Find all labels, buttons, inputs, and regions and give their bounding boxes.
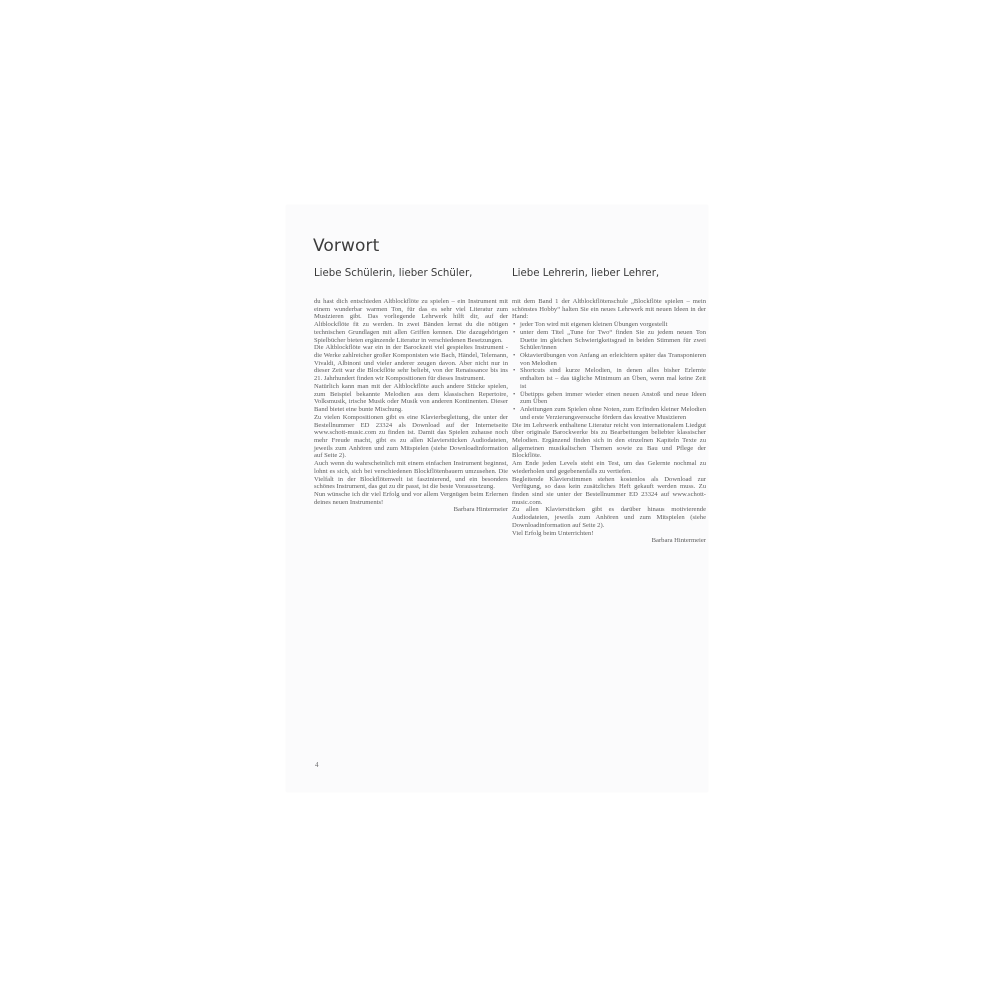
bullet-icon: •: [513, 329, 515, 337]
list-item: •Oktavierübungen von Anfang an erleichte…: [512, 352, 706, 367]
paragraph: du hast dich entschieden Altblockflöte z…: [314, 298, 508, 344]
signature: Barbara Hintermeier: [512, 537, 706, 545]
document-page: Vorwort Liebe Schülerin, lieber Schüler,…: [286, 205, 708, 792]
paragraph: Natürlich kann man mit der Altblockflöte…: [314, 383, 508, 414]
feature-list: •jeder Ton wird mit eigenen kleinen Übun…: [512, 321, 706, 421]
bullet-icon: •: [513, 406, 515, 414]
salutation-students: Liebe Schülerin, lieber Schüler,: [314, 268, 508, 298]
list-item: •Anleitungen zum Spielen ohne Noten, zum…: [512, 406, 706, 421]
paragraph: Auch wenn du wahrscheinlich mit einem ei…: [314, 460, 508, 491]
paragraph: Zu allen Klavierstücken gibt es darüber …: [512, 506, 706, 529]
paragraph: Nun wünsche ich dir viel Erfolg und vor …: [314, 491, 508, 506]
right-column-teachers: Liebe Lehrerin, lieber Lehrer, mit dem B…: [512, 268, 706, 545]
salutation-teachers: Liebe Lehrerin, lieber Lehrer,: [512, 268, 706, 298]
list-item: •unter dem Titel „Tune for Two“ finden S…: [512, 329, 706, 352]
signature: Barbara Hintermeier: [314, 506, 508, 514]
paragraph: Die Altblockflöte war ein in der Barockz…: [314, 344, 508, 383]
list-item: •Shortcuts sind kurze Melodien, in denen…: [512, 367, 706, 390]
bullet-icon: •: [513, 352, 515, 360]
page-number: 4: [315, 761, 319, 769]
bullet-icon: •: [513, 367, 515, 375]
list-item: •jeder Ton wird mit eigenen kleinen Übun…: [512, 321, 706, 329]
paragraph: Am Ende jeden Levels steht ein Test, um …: [512, 460, 706, 475]
paragraph: Zu vielen Kompositionen gibt es eine Kla…: [314, 414, 508, 460]
teachers-text: mit dem Band 1 der Altblockflötenschule …: [512, 298, 706, 545]
bullet-icon: •: [513, 321, 515, 329]
left-column-students: Liebe Schülerin, lieber Schüler, du hast…: [314, 268, 508, 514]
intro-paragraph: mit dem Band 1 der Altblockflötenschule …: [512, 298, 706, 321]
paragraph: Viel Erfolg beim Unterrichten!: [512, 530, 706, 538]
paragraph: Begleitende Klavierstimmen stehen kosten…: [512, 476, 706, 507]
students-text: du hast dich entschieden Altblockflöte z…: [314, 298, 508, 514]
page-title: Vorwort: [313, 236, 379, 256]
bullet-icon: •: [513, 391, 515, 399]
list-item: •Übetipps geben immer wieder einen neuen…: [512, 391, 706, 406]
paragraph: Die im Lehrwerk enthaltene Literatur rei…: [512, 422, 706, 461]
